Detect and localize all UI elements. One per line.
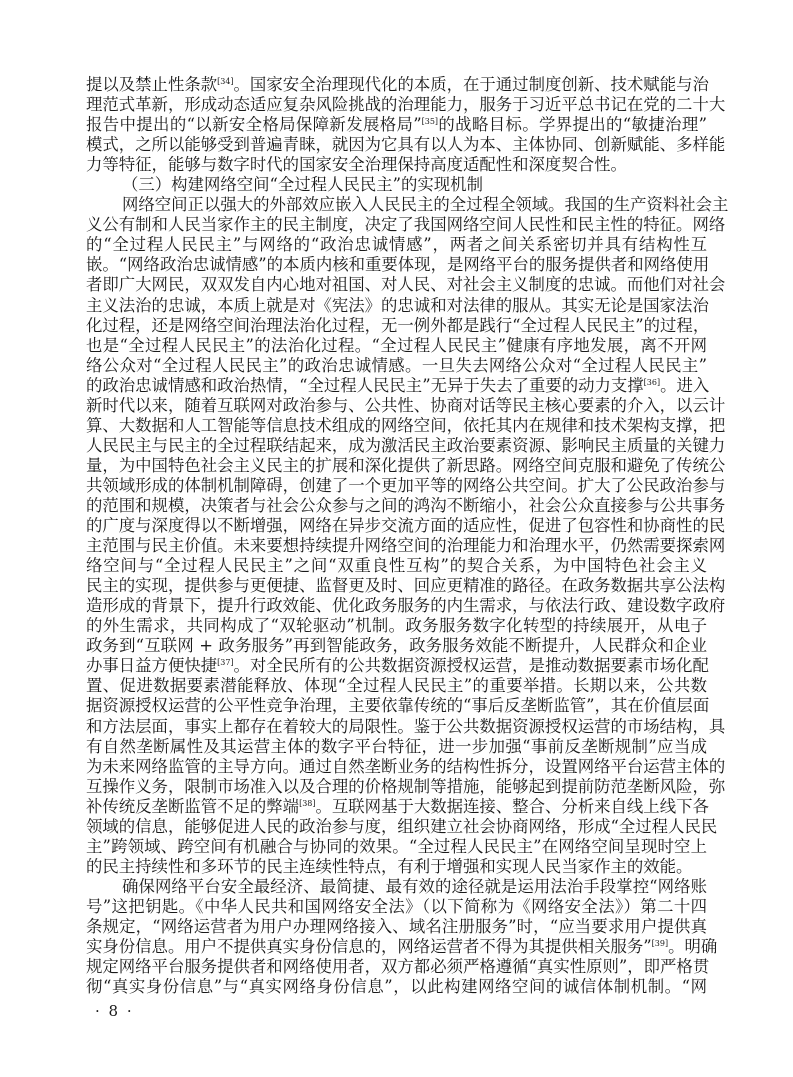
text-line: 的“全过程人民民主”与网络的“政治忠诚情感”，两者之间关系密切并具有结构性互: [86, 235, 707, 255]
text-line: 络公众对“全过程人民民主”的政治忠诚情感。一旦失去网络公众对“全过程人民民主”: [86, 356, 707, 376]
citation-ref: [34]: [217, 77, 233, 86]
text-line: 民主的实现，提供参与更便捷、监督更及时、回应更精准的路径。在政务数据共享公法构: [86, 576, 707, 596]
text-line: 化过程，还是网络空间治理法治化过程，无一例外都是践行“全过程人民民主”的过程，: [86, 316, 707, 336]
text-line: 者即广大网民，双双发自内心地对祖国、对人民、对社会主义制度的忠诚。而他们对社会: [86, 275, 707, 295]
text-line: 的范围和规模，决策者与社会公众参与之间的鸿沟不断缩小，社会公众直接参与公共事务: [86, 496, 707, 516]
text-line: 造形成的背景下，提升行政效能、优化政务服务的内生需求，与依法行政、建设数字政府: [86, 596, 707, 616]
text-line: 办事日益方便快捷[37]。对全民所有的公共数据资源授权运营，是推动数据要素市场化…: [86, 656, 707, 676]
text-line: 新时代以来，随着互联网对政治参与、公共性、协商对话等民主核心要素的介入，以云计: [86, 396, 707, 416]
text-line: 网络空间正以强大的外部效应嵌入人民民主的全过程全领域。我国的生产资料社会主: [86, 195, 707, 215]
citation-ref: [39]: [652, 939, 668, 948]
citation-ref: [38]: [299, 799, 315, 808]
text-line: 主”跨领域、跨空间有机融合与协同的效果。“全过程人民民主”在网络空间呈现时空上: [86, 837, 707, 857]
text-line: 的外生需求，共同构成了“双轮驱动”机制。政务服务数字化转型的持续展开，从电子: [86, 616, 707, 636]
text-line: 报告中提出的“以新安全格局保障新发展格局”[35]的战略目标。学界提出的“敏捷治…: [86, 115, 707, 135]
document-body: 提以及禁止性条款[34]。国家安全治理现代化的本质，在于通过制度创新、技术赋能与…: [86, 75, 707, 997]
text-line: 也是“全过程人民民主”的法治化过程。“全过程人民民主”健康有序地发展，离不开网: [86, 336, 707, 356]
text-line: 人民民主与民主的全过程联结起来，成为激活民主政治要素资源、影响民主质量的关键力: [86, 436, 707, 456]
text-line: 互操作义务，限制市场准入以及合理的价格规制等措施，能够起到提前防范垄断风险，弥: [86, 777, 707, 797]
text-line: 主义法治的忠诚，本质上就是对《宪法》的忠诚和对法律的服从。其实无论是国家法治: [86, 296, 707, 316]
text-line: 主范围与民主价值。未来要想持续提升网络空间的治理能力和治理水平，仍然需要探索网: [86, 536, 707, 556]
text-line: （三）构建网络空间“全过程人民民主”的实现机制: [86, 175, 707, 195]
text-line: 条规定，“网络运营者为用户办理网络接入、域名注册服务”时，“应当要求用户提供真: [86, 917, 707, 937]
paragraph: 网络空间正以强大的外部效应嵌入人民民主的全过程全领域。我国的生产资料社会主义公有…: [86, 195, 707, 877]
text-line: 力等特征，能够与数字时代的国家安全治理保持高度适配性和深度契合性。: [86, 155, 707, 175]
text-line: 置、促进数据要素潜能释放、体现“全过程人民民主”的重要举措。长期以来，公共数: [86, 676, 707, 696]
text-line: 嵌。“网络政治忠诚情感”的本质内核和重要体现，是网络平台的服务提供者和网络使用: [86, 255, 707, 275]
text-line: 和方法层面，事实上都存在着较大的局限性。鉴于公共数据资源授权运营的市场结构，具: [86, 717, 707, 737]
text-line: 理范式革新，形成动态适应复杂风险挑战的治理能力，服务于习近平总书记在党的二十大: [86, 95, 707, 115]
text-line: 规定网络平台服务提供者和网络使用者，双方都必须严格遵循“真实性原则”，即严格贯: [86, 957, 707, 977]
text-line: 领域的信息，能够促进人民的政治参与度，组织建立社会协商网络，形成“全过程人民民: [86, 817, 707, 837]
text-line: 实身份信息。用户不提供真实身份信息的，网络运营者不得为其提供相关服务”[39]。…: [86, 937, 707, 957]
text-line: 据资源授权运营的公平性竞争治理，主要依靠传统的“事后反垄断监管”，其在价值层面: [86, 696, 707, 716]
text-line: 号”这把钥匙。《中华人民共和国网络安全法》（以下简称为《网络安全法》）第二十四: [86, 897, 707, 917]
text-line: 算、大数据和人工智能等信息技术组成的网络空间，依托其内在规律和技术架构支撑，把: [86, 416, 707, 436]
paragraph: 提以及禁止性条款[34]。国家安全治理现代化的本质，在于通过制度创新、技术赋能与…: [86, 75, 707, 175]
text-line: 补传统反垄断监管不足的弊端[38]。互联网基于大数据连接、整合、分析来自线上线下…: [86, 797, 707, 817]
text-line: 的民主持续性和多环节的民主连续性特点，有利于增强和实现人民当家作主的效能。: [86, 857, 707, 877]
text-line: 有自然垄断属性及其运营主体的数字平台特征，进一步加强“事前反垄断规制”应当成: [86, 737, 707, 757]
text-line: 确保网络平台安全最经济、最简捷、最有效的途径就是运用法治手段掌控“网络账: [86, 877, 707, 897]
text-line: 提以及禁止性条款[34]。国家安全治理现代化的本质，在于通过制度创新、技术赋能与…: [86, 75, 707, 95]
section-heading: （三）构建网络空间“全过程人民民主”的实现机制: [86, 175, 707, 195]
citation-ref: [37]: [217, 658, 233, 667]
text-line: 义公有制和人民当家作主的民主制度，决定了我国网络空间人民性和民主性的特征。网络: [86, 215, 707, 235]
citation-ref: [36]: [644, 378, 660, 387]
text-line: 彻“真实身份信息”与“真实网络身份信息”，以此构建网络空间的诚信体制机制。“网: [86, 977, 707, 997]
text-line: 络空间与“全过程人民民主”之间“双重良性互构”的契合关系，为中国特色社会主义: [86, 556, 707, 576]
text-line: 的广度与深度得以不断增强，网络在异步交流方面的适应性，促进了包容性和协商性的民: [86, 516, 707, 536]
text-line: 政务到“互联网 + 政务服务”再到智能政务，政务服务效能不断提升，人民群众和企业: [86, 636, 707, 656]
paragraph: 确保网络平台安全最经济、最简捷、最有效的途径就是运用法治手段掌控“网络账号”这把…: [86, 877, 707, 997]
text-line: 的政治忠诚情感和政治热情，“全过程人民民主”无异于失去了重要的动力支撑[36]。…: [86, 376, 707, 396]
text-line: 共领域形成的体制机制障碍，创建了一个更加平等的网络公共空间。扩大了公民政治参与: [86, 476, 707, 496]
page-number: · 8 ·: [95, 1002, 134, 1020]
citation-ref: [35]: [422, 117, 438, 126]
text-line: 为未来网络监管的主导方向。通过自然垄断业务的结构性拆分，设置网络平台运营主体的: [86, 757, 707, 777]
text-line: 量，为中国特色社会主义民主的扩展和深化提供了新思路。网络空间克服和避免了传统公: [86, 456, 707, 476]
text-line: 模式，之所以能够受到普遍青睐，就因为它具有以人为本、主体协同、创新赋能、多样能: [86, 135, 707, 155]
